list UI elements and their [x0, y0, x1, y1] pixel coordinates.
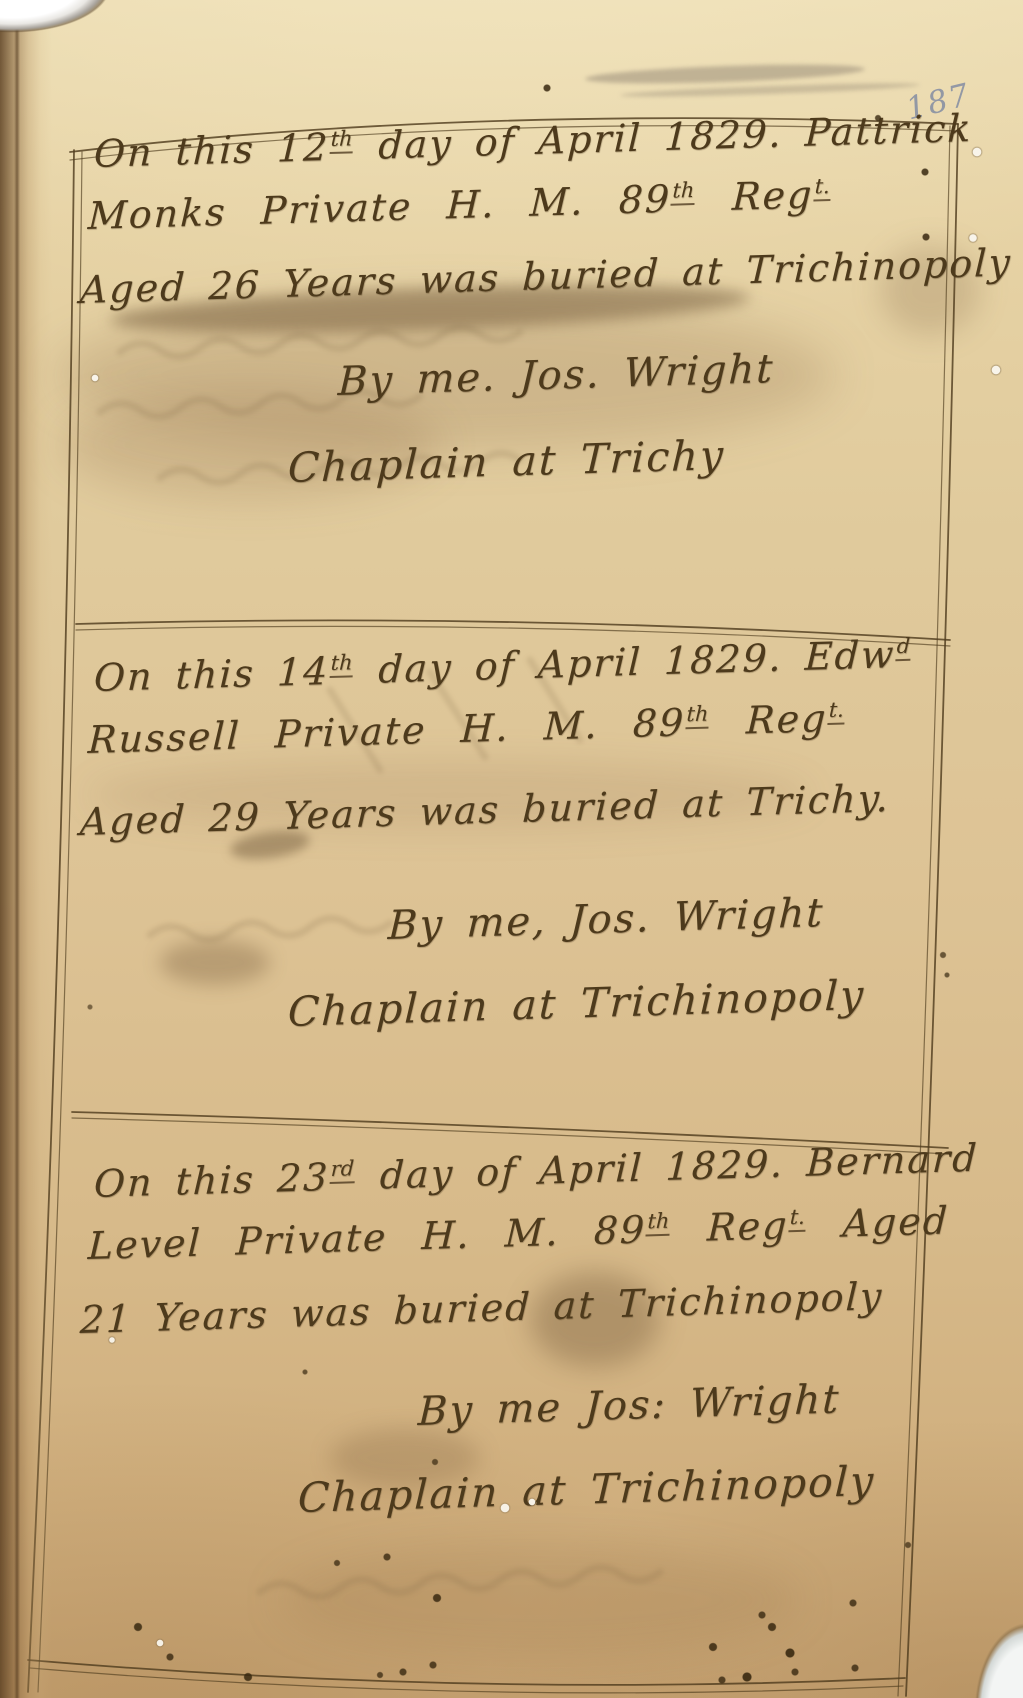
superscript: th	[671, 178, 696, 206]
superscript: rd	[329, 1157, 355, 1185]
page-corner-top-left	[0, 0, 150, 80]
page-corner-bottom-right	[953, 1588, 1023, 1698]
superscript: th	[646, 1209, 671, 1237]
book-binding-edge	[0, 0, 52, 1698]
superscript: d	[895, 634, 911, 662]
superscript: th	[329, 651, 354, 679]
entry-line: Chaplain at Trichy	[287, 422, 969, 494]
entry-line: Aged 26 Years was buried at Trichinopoly	[79, 238, 969, 316]
ink-smudge	[280, 1545, 800, 1655]
entry-line: By me. Jos. Wright	[337, 337, 969, 408]
pencil-streak	[585, 61, 865, 87]
burial-entry-2: On this 14th day of April 1829. EdwdRuss…	[88, 652, 968, 1038]
burial-register-page: 187 On this 12th day of April 1829. Patt…	[0, 0, 1023, 1698]
entry-line: Aged 29 Years was buried at Trichy.	[79, 770, 969, 848]
superscript: t.	[788, 1205, 806, 1233]
entry-line: By me Jos: Wright	[417, 1370, 969, 1438]
entry-line: Chaplain at Trichinopoly	[297, 1452, 969, 1524]
superscript: t.	[827, 698, 845, 726]
superscript: th	[685, 702, 710, 730]
superscript: t.	[813, 174, 831, 202]
burial-entry-1: On this 12th day of April 1829. Pattrick…	[88, 128, 968, 494]
entry-line: Chaplain at Trichinopoly	[287, 966, 969, 1038]
pencil-streak	[620, 81, 920, 99]
superscript: th	[329, 127, 354, 155]
entry-line: By me, Jos. Wright	[387, 883, 969, 952]
entry-line: 21 Years was buried at Trichinopoly	[79, 1268, 969, 1346]
burial-entry-3: On this 23rd day of April 1829. BernardL…	[88, 1158, 968, 1524]
